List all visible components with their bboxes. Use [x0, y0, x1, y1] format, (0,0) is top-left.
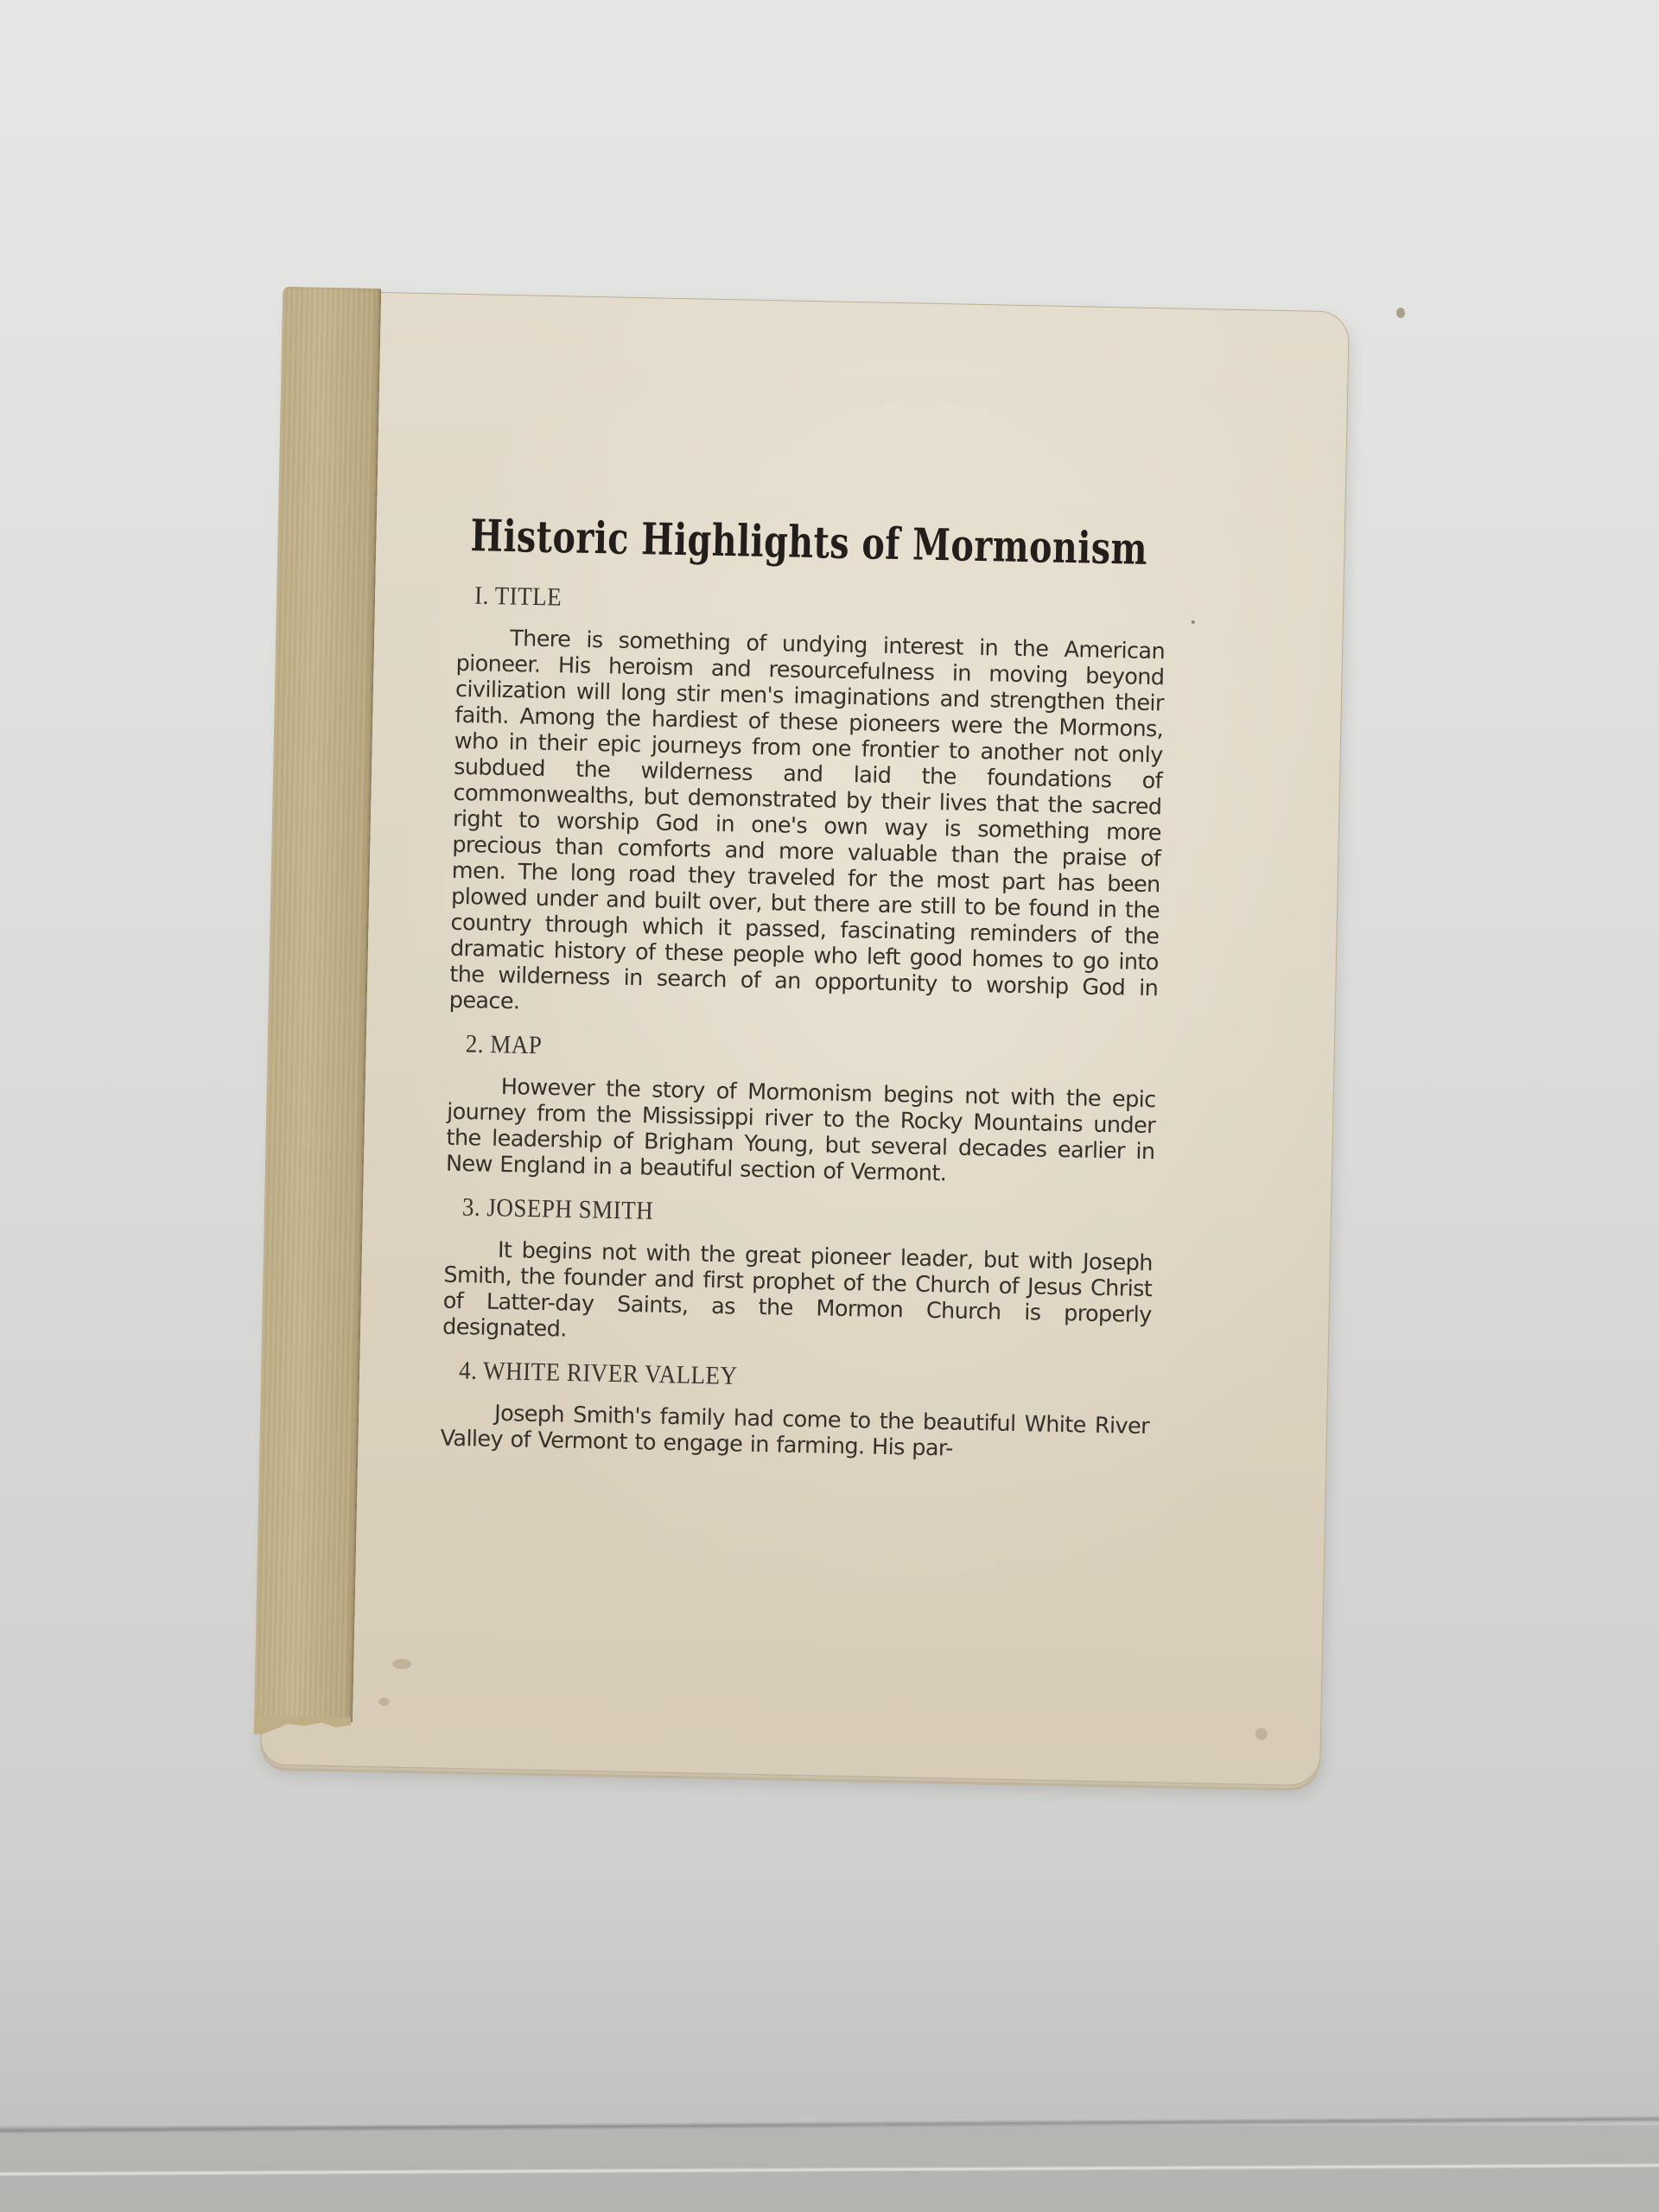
section-body: Joseph Smith's family had come to the be… — [440, 1400, 1149, 1465]
page-stain — [1192, 620, 1195, 624]
section-title: I. TITLE There is something of undying i… — [448, 581, 1166, 1027]
section-map: 2. MAP However the story of Mormonism be… — [446, 1029, 1157, 1191]
background-speck — [1396, 308, 1405, 318]
booklet-page: Historic Highlights of Mormonism I. TITL… — [260, 290, 1350, 1786]
page-stain — [378, 1697, 389, 1706]
page-stain — [1255, 1728, 1268, 1740]
section-heading: 4. WHITE RIVER VALLEY — [459, 1356, 1151, 1399]
section-heading: 3. JOSEPH SMITH — [462, 1192, 1154, 1236]
booklet: Historic Highlights of Mormonism I. TITL… — [260, 290, 1348, 1784]
section-heading: I. TITLE — [474, 581, 1166, 624]
document-title: Historic Highlights of Mormonism — [470, 511, 1167, 575]
section-joseph-smith: 3. JOSEPH SMITH It begins not with the g… — [442, 1192, 1154, 1354]
section-body: There is something of undying interest i… — [448, 625, 1165, 1027]
section-body: It begins not with the great pioneer lea… — [442, 1236, 1153, 1354]
page-content: Historic Highlights of Mormonism I. TITL… — [440, 511, 1167, 1481]
page-stain — [392, 1659, 411, 1669]
section-white-river-valley: 4. WHITE RIVER VALLEY Joseph Smith's fam… — [440, 1356, 1150, 1465]
section-heading: 2. MAP — [465, 1029, 1157, 1072]
section-body: However the story of Mormonism begins no… — [446, 1073, 1156, 1191]
